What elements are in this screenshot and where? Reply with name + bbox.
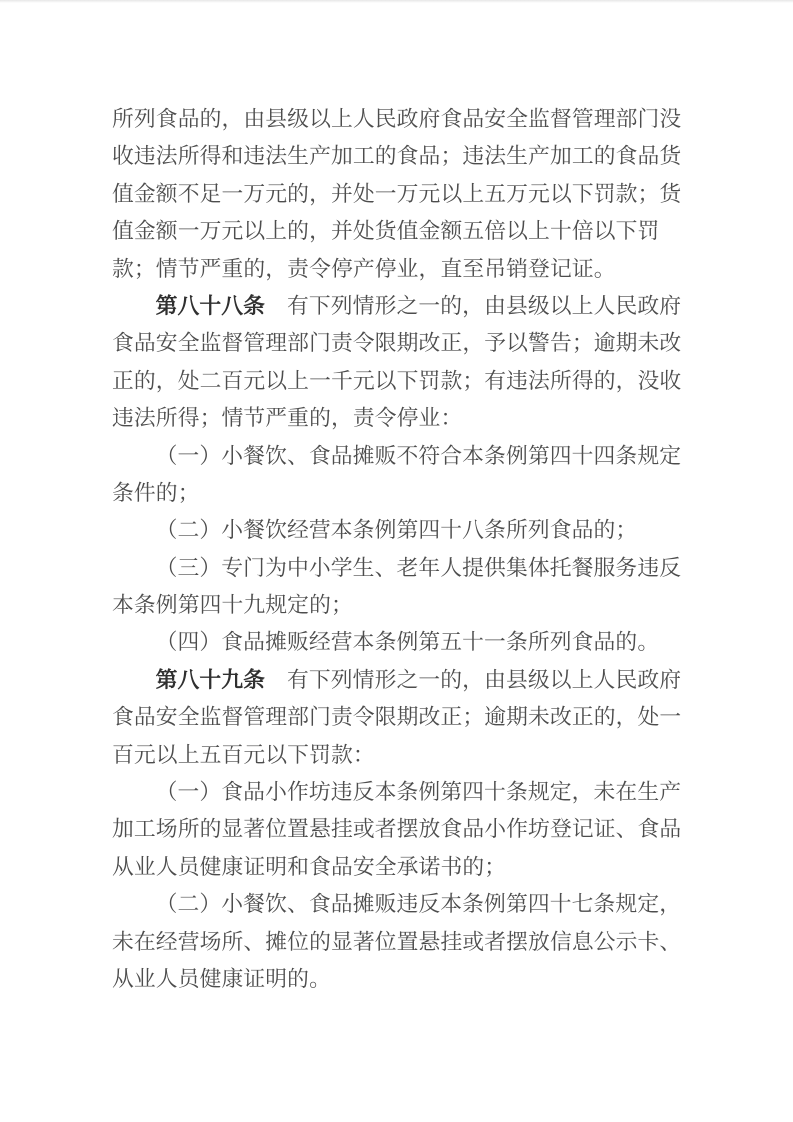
text-segment: 值金额不足一万元的，并处一万元以上五万元以下罚款；货 — [112, 182, 681, 206]
text-line: 值金额一万元以上的，并处货值金额五倍以上十倍以下罚 — [112, 213, 684, 250]
text-line: 第八十九条 有下列情形之一的，由县级以上人民政府 — [112, 662, 684, 699]
text-line: 百元以上五百元以下罚款： — [112, 737, 684, 774]
document-page: 所列食品的，由县级以上人民政府食品安全监督管理部门没收违法所得和违法生产加工的食… — [0, 0, 793, 1122]
document-text-block: 所列食品的，由县级以上人民政府食品安全监督管理部门没收违法所得和违法生产加工的食… — [112, 101, 684, 998]
text-line: 条件的； — [112, 475, 684, 512]
text-segment: （二）小餐饮、食品摊贩违反本条例第四十七条规定， — [156, 892, 682, 916]
text-segment: 食品安全监督管理部门责令限期改正，予以警告；逾期未改 — [112, 331, 681, 355]
text-line: 收违法所得和违法生产加工的食品；违法生产加工的食品货 — [112, 138, 684, 175]
text-segment: 款；情节严重的，责令停产停业，直至吊销登记证。 — [112, 257, 616, 281]
text-segment: 值金额一万元以上的，并处货值金额五倍以上十倍以下罚 — [112, 219, 659, 243]
text-line: 正的，处二百元以上一千元以下罚款；有违法所得的，没收 — [112, 363, 684, 400]
text-segment: 正的，处二百元以上一千元以下罚款；有违法所得的，没收 — [112, 369, 681, 393]
text-line: 从业人员健康证明的。 — [112, 961, 684, 998]
text-segment: 违法所得；情节严重的，责令停业： — [112, 406, 462, 430]
text-line: （一）食品小作坊违反本条例第四十条规定，未在生产 — [112, 774, 684, 811]
text-line: 第八十八条 有下列情形之一的，由县级以上人民政府 — [112, 288, 684, 325]
text-segment: （三）专门为中小学生、老年人提供集体托餐服务违反 — [156, 556, 682, 580]
text-segment: 所列食品的，由县级以上人民政府食品安全监督管理部门没 — [112, 107, 681, 131]
text-segment: 从业人员健康证明的。 — [112, 967, 331, 991]
article-number-heading: 第八十八条 — [156, 294, 266, 318]
text-segment: 百元以上五百元以下罚款： — [112, 743, 375, 767]
text-line: 从业人员健康证明和食品安全承诺书的； — [112, 849, 684, 886]
text-line: 所列食品的，由县级以上人民政府食品安全监督管理部门没 — [112, 101, 684, 138]
text-line: 款；情节严重的，责令停产停业，直至吊销登记证。 — [112, 251, 684, 288]
text-segment: （一）食品小作坊违反本条例第四十条规定，未在生产 — [156, 780, 682, 804]
text-line: 加工场所的显著位置悬挂或者摆放食品小作坊登记证、食品 — [112, 811, 684, 848]
text-segment: 从业人员健康证明和食品安全承诺书的； — [112, 855, 506, 879]
text-line: （二）小餐饮、食品摊贩违反本条例第四十七条规定， — [112, 886, 684, 923]
text-line: 值金额不足一万元的，并处一万元以上五万元以下罚款；货 — [112, 176, 684, 213]
text-line: （一）小餐饮、食品摊贩不符合本条例第四十四条规定 — [112, 438, 684, 475]
text-line: 食品安全监督管理部门责令限期改正；逾期未改正的，处一 — [112, 699, 684, 736]
text-line: 食品安全监督管理部门责令限期改正，予以警告；逾期未改 — [112, 325, 684, 362]
text-segment: 收违法所得和违法生产加工的食品；违法生产加工的食品货 — [112, 144, 681, 168]
text-segment: 加工场所的显著位置悬挂或者摆放食品小作坊登记证、食品 — [112, 817, 681, 841]
scan-shadow-artifact — [0, 0, 793, 3]
text-line: 本条例第四十九规定的； — [112, 587, 684, 624]
text-segment: （一）小餐饮、食品摊贩不符合本条例第四十四条规定 — [156, 444, 682, 468]
text-segment: 本条例第四十九规定的； — [112, 593, 353, 617]
article-number-heading: 第八十九条 — [156, 668, 266, 692]
text-line: （三）专门为中小学生、老年人提供集体托餐服务违反 — [112, 550, 684, 587]
text-line: 未在经营场所、摊位的显著位置悬挂或者摆放信息公示卡、 — [112, 924, 684, 961]
text-segment: 未在经营场所、摊位的显著位置悬挂或者摆放信息公示卡、 — [112, 930, 681, 954]
text-segment: 有下列情形之一的，由县级以上人民政府 — [265, 294, 681, 318]
text-segment: 食品安全监督管理部门责令限期改正；逾期未改正的，处一 — [112, 705, 681, 729]
text-segment: （二）小餐饮经营本条例第四十八条所列食品的； — [156, 518, 638, 542]
text-segment: （四）食品摊贩经营本条例第五十一条所列食品的。 — [156, 630, 660, 654]
text-line: （四）食品摊贩经营本条例第五十一条所列食品的。 — [112, 624, 684, 661]
text-segment: 条件的； — [112, 481, 200, 505]
text-line: 违法所得；情节严重的，责令停业： — [112, 400, 684, 437]
text-line: （二）小餐饮经营本条例第四十八条所列食品的； — [112, 512, 684, 549]
text-segment: 有下列情形之一的，由县级以上人民政府 — [265, 668, 681, 692]
